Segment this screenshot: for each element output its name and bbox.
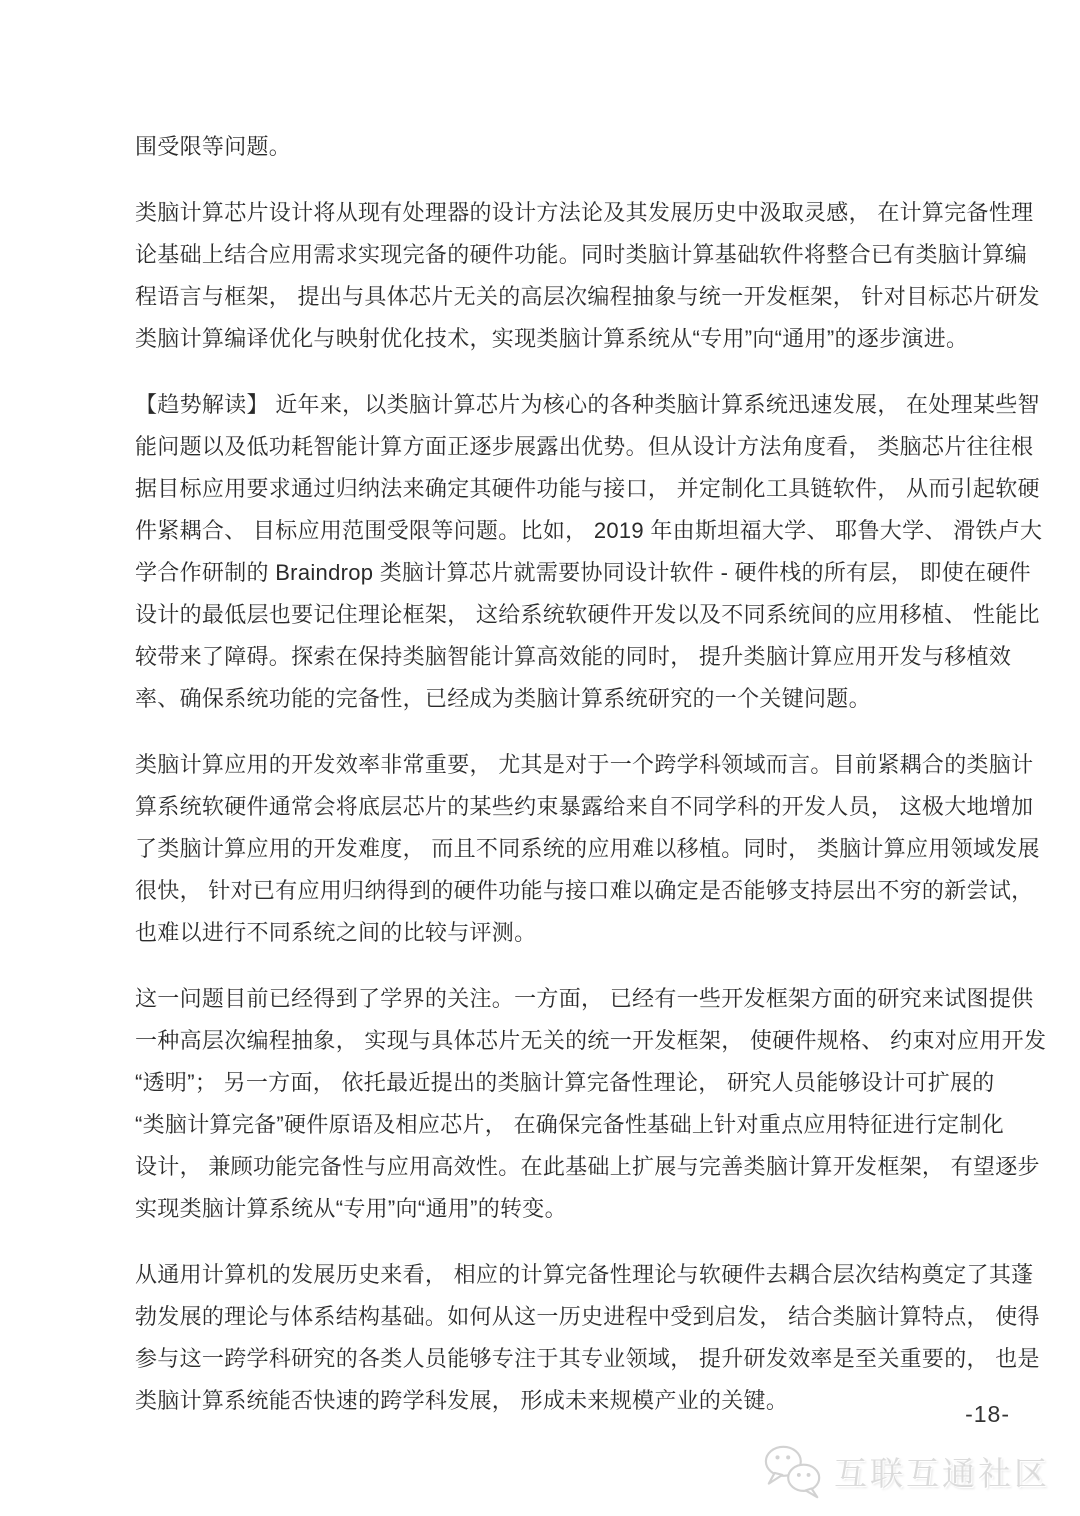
text-line: 算系统软硬件通常会将底层芯片的某些约束暴露给来自不同学科的开发人员， 这极大地增… (135, 786, 985, 828)
text-line: 了类脑计算应用的开发难度， 而且不同系统的应用难以移植。同时， 类脑计算应用领域… (135, 828, 985, 870)
page-number: -18- (965, 1401, 1010, 1428)
text-line: 设计， 兼顾功能完备性与应用高效性。在此基础上扩展与完善类脑计算开发框架， 有望… (135, 1146, 985, 1188)
paragraph-academic-attention: 这一问题目前已经得到了学界的关注。一方面， 已经有一些开发框架方面的研究来试图提… (135, 978, 985, 1230)
text-line: 率、确保系统功能的完备性，已经成为类脑计算系统研究的一个关键问题。 (135, 678, 985, 720)
text-line: 这一问题目前已经得到了学界的关注。一方面， 已经有一些开发框架方面的研究来试图提… (135, 978, 985, 1020)
text-line: 一种高层次编程抽象， 实现与具体芯片无关的统一开发框架， 使硬件规格、 约束对应… (135, 1020, 985, 1062)
paragraph-development-efficiency: 类脑计算应用的开发效率非常重要， 尤其是对于一个跨学科领域而言。目前紧耦合的类脑… (135, 744, 985, 954)
wechat-bubbles-icon (762, 1442, 826, 1500)
watermark-text: 互联互通社区 (834, 1448, 1050, 1495)
text-line: 也难以进行不同系统之间的比较与评测。 (135, 912, 985, 954)
document-content: 围受限等问题。 类脑计算芯片设计将从现有处理器的设计方法论及其发展历史中汲取灵感… (135, 126, 985, 1422)
text-line: 件紧耦合、 目标应用范围受限等问题。比如， 2019 年由斯坦福大学、 耶鲁大学… (135, 510, 985, 552)
paragraph-trend-interpretation: 【趋势解读】 近年来，以类脑计算芯片为核心的各种类脑计算系统迅速发展， 在处理某… (135, 384, 985, 720)
text-line: 实现类脑计算系统从“专用”向“通用”的转变。 (135, 1188, 985, 1230)
text-line: 能问题以及低功耗智能计算方面正逐步展露出优势。但从设计方法角度看， 类脑芯片往往… (135, 426, 985, 468)
text-line: 设计的最低层也要记住理论框架， 这给系统软硬件开发以及不同系统间的应用移植、 性… (135, 594, 985, 636)
text-line: 类脑计算系统能否快速的跨学科发展， 形成未来规模产业的关键。 (135, 1380, 985, 1422)
text-line: 类脑计算编译优化与映射优化技术，实现类脑计算系统从“专用”向“通用”的逐步演进。 (135, 318, 985, 360)
paragraph-history-lesson: 从通用计算机的发展历史来看， 相应的计算完备性理论与软硬件去耦合层次结构奠定了其… (135, 1254, 985, 1422)
text-line: 程语言与框架， 提出与具体芯片无关的高层次编程抽象与统一开发框架， 针对目标芯片… (135, 276, 985, 318)
text-line: 很快， 针对已有应用归纳得到的硬件功能与接口难以确定是否能够支持层出不穷的新尝试… (135, 870, 985, 912)
text-line: 勃发展的理论与体系结构基础。如何从这一历史进程中受到启发， 结合类脑计算特点， … (135, 1296, 985, 1338)
text-line: 类脑计算应用的开发效率非常重要， 尤其是对于一个跨学科领域而言。目前紧耦合的类脑… (135, 744, 985, 786)
document-page: 围受限等问题。 类脑计算芯片设计将从现有处理器的设计方法论及其发展历史中汲取灵感… (0, 0, 1080, 1516)
text-line: 【趋势解读】 近年来，以类脑计算芯片为核心的各种类脑计算系统迅速发展， 在处理某… (135, 384, 985, 426)
text-line: 参与这一跨学科研究的各类人员能够专注于其专业领域， 提升研发效率是至关重要的， … (135, 1338, 985, 1380)
paragraph-chip-design: 类脑计算芯片设计将从现有处理器的设计方法论及其发展历史中汲取灵感， 在计算完备性… (135, 192, 985, 360)
text-line: 类脑计算芯片设计将从现有处理器的设计方法论及其发展历史中汲取灵感， 在计算完备性… (135, 192, 985, 234)
text-line: 围受限等问题。 (135, 126, 985, 168)
text-line: “类脑计算完备”硬件原语及相应芯片， 在确保完备性基础上针对重点应用特征进行定制… (135, 1104, 985, 1146)
text-line: 从通用计算机的发展历史来看， 相应的计算完备性理论与软硬件去耦合层次结构奠定了其… (135, 1254, 985, 1296)
text-line: “透明”； 另一方面， 依托最近提出的类脑计算完备性理论， 研究人员能够设计可扩… (135, 1062, 985, 1104)
text-line: 据目标应用要求通过归纳法来确定其硬件功能与接口， 并定制化工具链软件， 从而引起… (135, 468, 985, 510)
text-line: 学合作研制的 Braindrop 类脑计算芯片就需要协同设计软件 - 硬件栈的所… (135, 552, 985, 594)
text-line: 论基础上结合应用需求实现完备的硬件功能。同时类脑计算基础软件将整合已有类脑计算编 (135, 234, 985, 276)
watermark: 互联互通社区 (762, 1442, 1050, 1500)
paragraph-continuation: 围受限等问题。 (135, 126, 985, 168)
text-line: 较带来了障碍。探索在保持类脑智能计算高效能的同时， 提升类脑计算应用开发与移植效 (135, 636, 985, 678)
